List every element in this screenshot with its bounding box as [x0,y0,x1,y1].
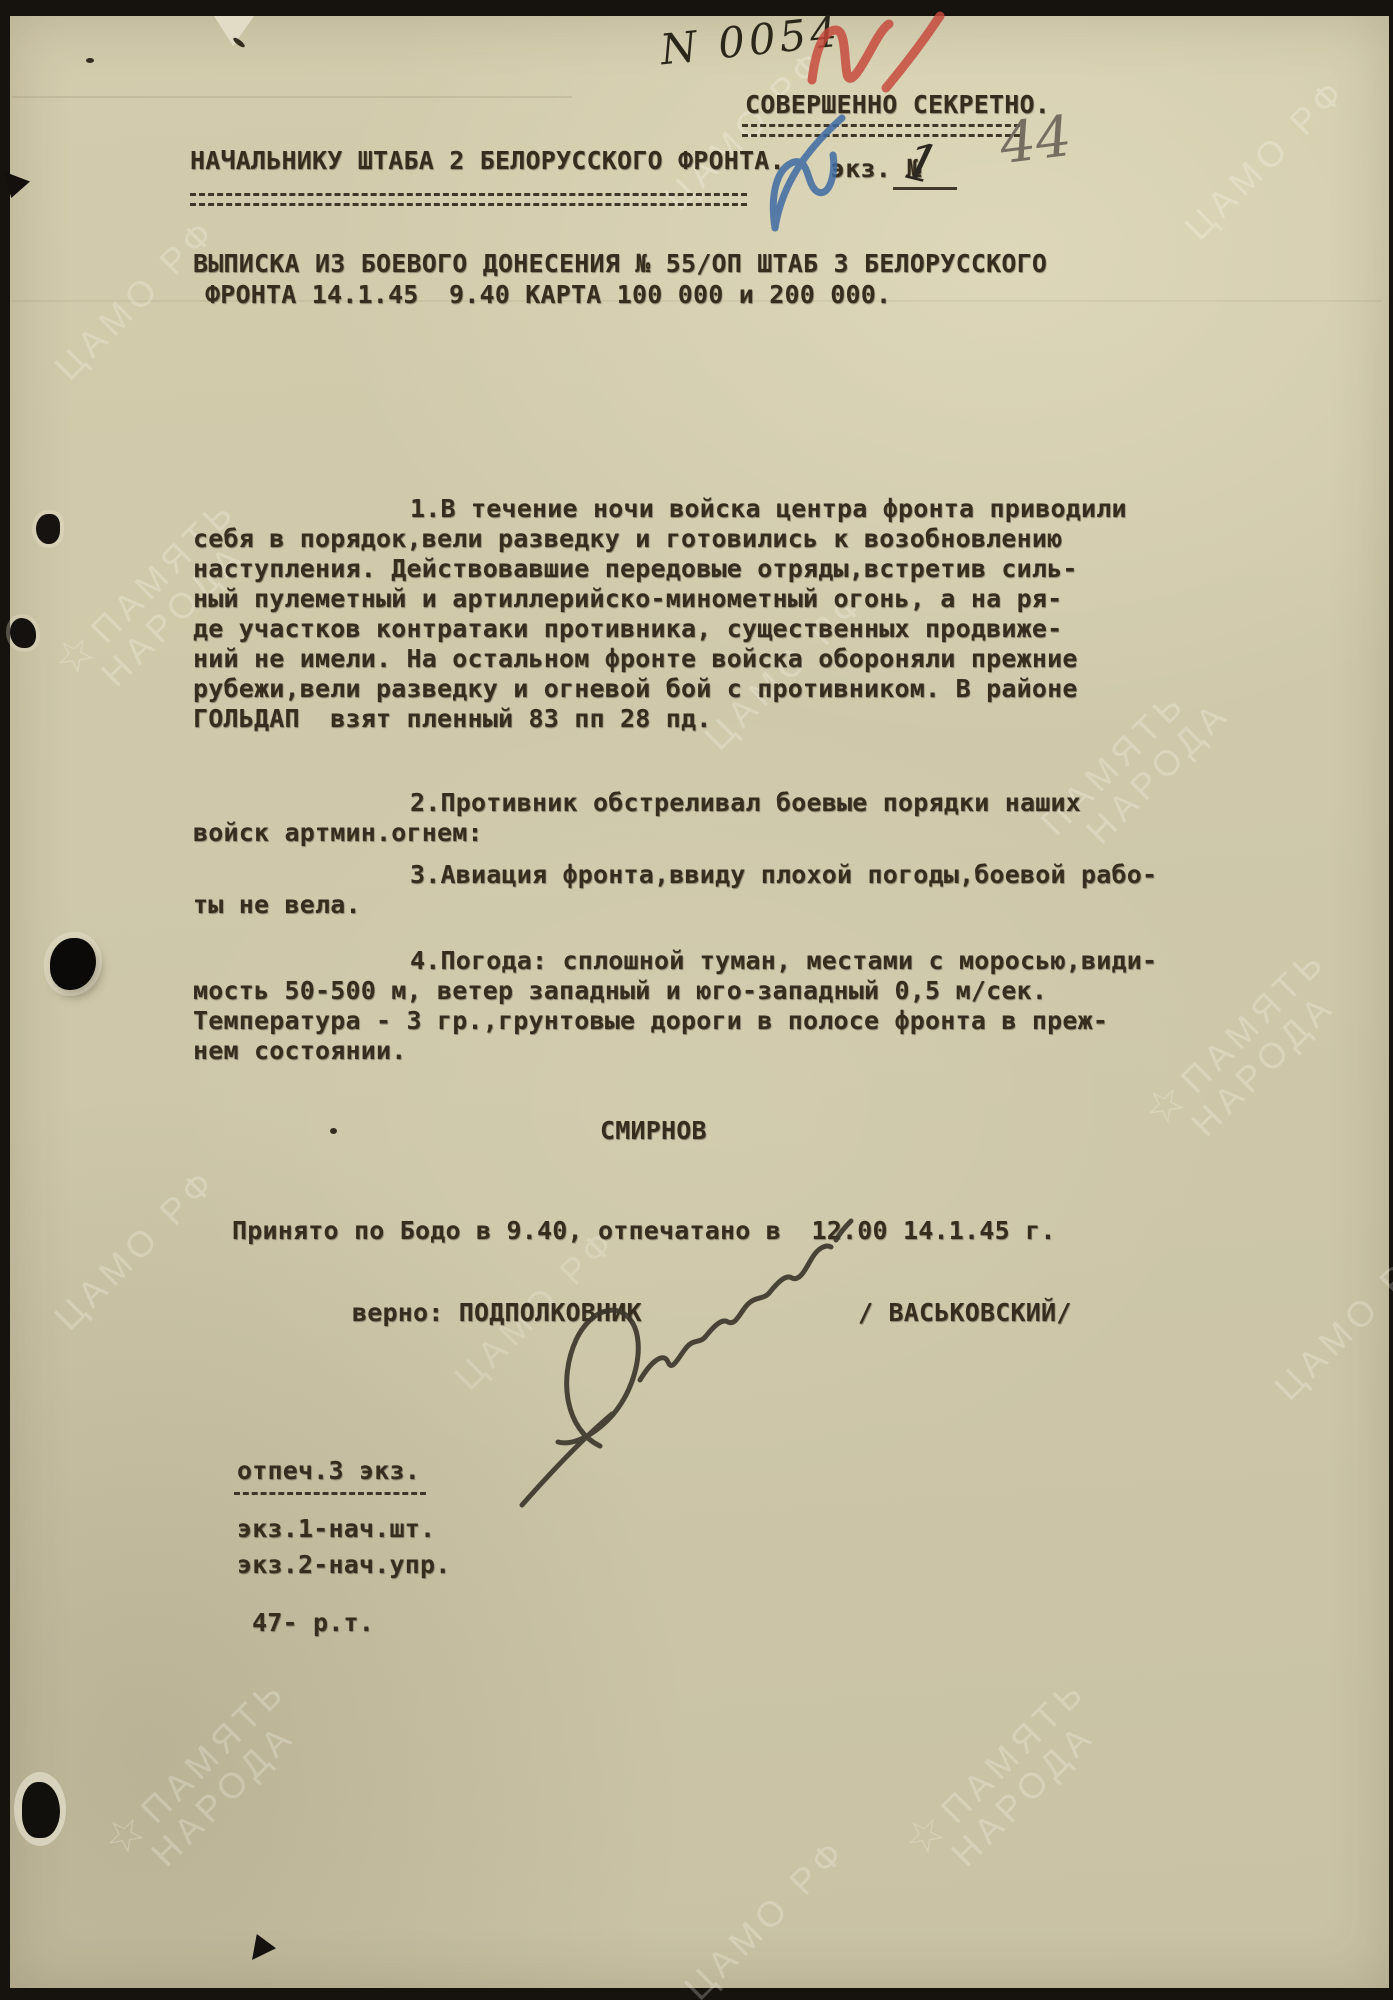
para1-line: ный пулеметный и артиллерийско-минометны… [193,586,1062,612]
addressee-line: НАЧАЛЬНИКУ ШТАБА 2 БЕЛОРУССКОГО ФРОНТА. [190,148,785,174]
para1-line: ГОЛЬДАП взят пленный 83 пп 28 пд. [193,706,712,732]
para3-line: ты не вела. [193,892,361,918]
signer-name: СМИРНОВ [600,1118,707,1144]
punch-hole [22,1782,60,1838]
para2-line: войск артмин.огнем: [193,820,483,846]
para2-line: 2.Противник обстреливал боевые порядки н… [410,790,1081,816]
ink-speck [86,58,94,63]
copies-heading: отпеч.3 экз. [237,1458,420,1484]
typist-number: 47- р.т. [252,1610,374,1636]
para3-line: 3.Авиация фронта,ввиду плохой погоды,бое… [410,862,1157,888]
punch-hole [10,618,36,648]
para4-line: нем состоянии. [193,1038,407,1064]
addressee-underline [190,193,747,206]
document-title-line1: ВЫПИСКА ИЗ БОЕВОГО ДОНЕСЕНИЯ № 55/ОП ШТА… [193,251,1047,277]
pencil-number: 44 [996,104,1075,177]
copies-line: экз.2-нач.упр. [237,1552,451,1578]
para4-line: 4.Погода: сплошной туман, местами с моро… [410,948,1157,974]
paper-crease [12,96,572,98]
para1-line: де участков контратаки противника, сущес… [193,616,1062,642]
para4-line: мость 50-500 м, ветер западный и юго-зап… [193,978,1047,1004]
punch-hole [36,514,60,544]
received-line: Принято по Бодо в 9.40, отпечатано в 12.… [232,1218,1056,1244]
verified-name: / ВАСЬКОВСКИЙ/ [858,1300,1072,1326]
classification-underline [742,124,1020,137]
verified-label: верно: ПОДПОЛКОВНИК [352,1300,642,1326]
para1-line: наступления. Действовавшие передовые отр… [193,556,1078,582]
copies-heading-underline [234,1492,426,1495]
para1-line: 1.В течение ночи войска центра фронта пр… [410,496,1127,522]
copies-line: экз.1-нач.шт. [237,1516,435,1542]
para4-line: Температура - 3 гр.,грунтовые дороги в п… [193,1008,1108,1034]
para1-line: ний не имели. На остальном фронте войска… [193,646,1078,672]
document-title-line2: ФРОНТА 14.1.45 9.40 КАРТА 100 000 и 200 … [205,282,891,308]
para1-line: рубежи,вели разведку и огневой бой с про… [193,676,1078,702]
para1-line: себя в порядок,вели разведку и готовилис… [193,526,1062,552]
ink-speck [330,1128,337,1134]
